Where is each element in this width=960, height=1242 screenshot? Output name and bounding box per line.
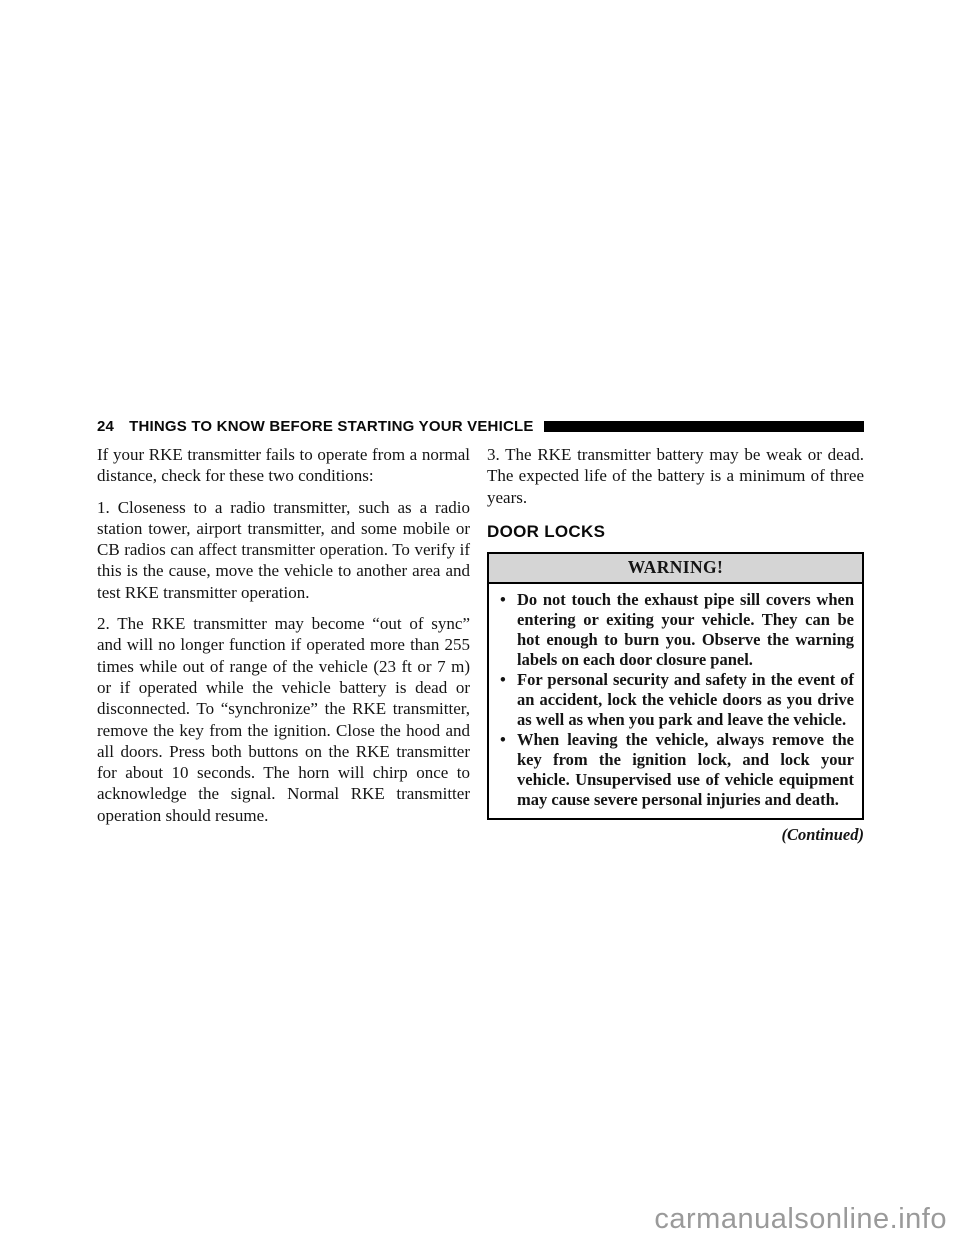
two-column-layout: If your RKE transmitter fails to operate…: [97, 444, 864, 845]
continued-label: (Continued): [487, 825, 864, 845]
warning-bullet-item: Do not touch the exhaust pipe sill cover…: [498, 590, 854, 670]
warning-box: WARNING! Do not touch the exhaust pipe s…: [487, 552, 864, 820]
warning-bullet-item: When leaving the vehicle, always remove …: [498, 730, 854, 810]
site-watermark: carmanualsonline.info: [654, 1203, 947, 1236]
section-heading-door-locks: DOOR LOCKS: [487, 522, 864, 542]
manual-page: 24 THINGS TO KNOW BEFORE STARTING YOUR V…: [0, 0, 960, 1242]
warning-box-title: WARNING!: [489, 554, 862, 584]
warning-bullet-list: Do not touch the exhaust pipe sill cover…: [489, 584, 862, 818]
paragraph-item-1: 1. Closeness to a radio transmitter, suc…: [97, 497, 470, 603]
paragraph-item-2: 2. The RKE transmitter may become “out o…: [97, 613, 470, 826]
paragraph-intro: If your RKE transmitter fails to operate…: [97, 444, 470, 487]
page-number: 24: [97, 418, 114, 435]
paragraph-item-3: 3. The RKE transmitter battery may be we…: [487, 444, 864, 508]
chapter-title: THINGS TO KNOW BEFORE STARTING YOUR VEHI…: [129, 418, 533, 435]
header-rule-bar: [544, 421, 864, 432]
running-header: 24 THINGS TO KNOW BEFORE STARTING YOUR V…: [97, 418, 864, 435]
right-column: 3. The RKE transmitter battery may be we…: [487, 444, 864, 845]
warning-bullet-item: For personal security and safety in the …: [498, 670, 854, 730]
page-content: 24 THINGS TO KNOW BEFORE STARTING YOUR V…: [97, 418, 864, 845]
left-column: If your RKE transmitter fails to operate…: [97, 444, 470, 845]
